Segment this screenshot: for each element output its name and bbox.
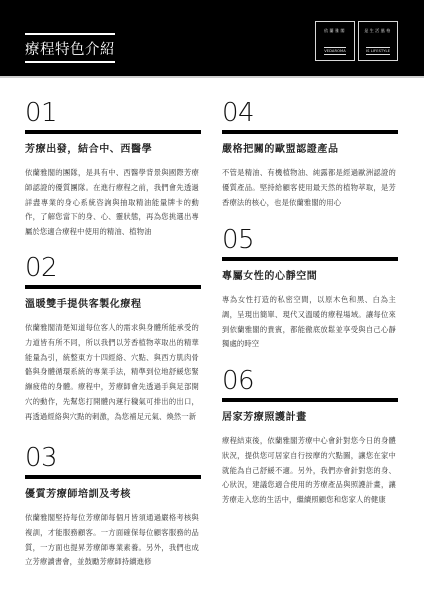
brand-logo-lifestyle: 是生活風格 IS LIFESTYLE (358, 21, 398, 61)
section-divider (25, 285, 201, 289)
section-number: 02 (25, 255, 203, 281)
section-heading: 優質芳療師培訓及考核 (25, 485, 203, 500)
section-divider (222, 257, 398, 261)
section-number: 03 (25, 445, 203, 471)
section-body: 專為女性打造的私密空間，以原木色和黑、白為主調，呈現出簡單、現代又溫暖的療程場域… (222, 293, 396, 352)
section-number: 06 (222, 368, 400, 394)
section-divider (222, 130, 398, 134)
section-number: 01 (25, 100, 203, 126)
section-heading: 嚴格把關的歐盟認證產品 (222, 140, 400, 155)
page-title: 療程特色介紹 (25, 38, 115, 59)
logo-chinese-text: 依蘭雅閣 (324, 28, 346, 34)
logo-english-text: VEDAROMA (324, 47, 346, 55)
section-body: 依蘭雅閣的團隊，是具有中、西醫學背景與國際芳療師認證的優質團隊。在進行療程之前，… (25, 166, 199, 240)
section-body: 不管是精油、有機植物油、純露都是經過歐洲認證的優質產品。堅持給顧客使用最天然的植… (222, 166, 396, 210)
section-divider (25, 475, 201, 479)
section-divider (222, 398, 398, 402)
section-divider (25, 130, 201, 134)
feature-section-01: 01 芳療出發，結合中、西醫學 依蘭雅閣的團隊，是具有中、西醫學背景與國際芳療師… (25, 100, 203, 240)
header-banner: 療程特色介紹 依蘭雅閣 VEDAROMA 是生活風格 IS LIFESTYLE (0, 0, 424, 78)
section-heading: 溫暖雙手提供客製化療程 (25, 295, 203, 310)
page-title-frame: 療程特色介紹 (25, 33, 115, 63)
section-number: 05 (222, 227, 400, 253)
feature-section-03: 03 優質芳療師培訓及考核 依蘭雅閣堅持每位芳療師每個月皆須通過嚴格考核與複訓，… (25, 445, 203, 570)
section-number: 04 (222, 100, 400, 126)
section-heading: 芳療出發，結合中、西醫學 (25, 140, 203, 155)
logo-english-text: IS LIFESTYLE (366, 47, 390, 55)
feature-section-05: 05 專屬女性的心靜空間 專為女性打造的私密空間，以原木色和黑、白為主調，呈現出… (222, 227, 400, 352)
feature-section-02: 02 溫暖雙手提供客製化療程 依蘭雅閣清楚知道每位客人的需求與身體所能承受的力道… (25, 255, 203, 425)
logo-chinese-text: 是生活風格 (364, 28, 392, 34)
section-body: 依蘭雅閣堅持每位芳療師每個月皆須通過嚴格考核與複訓，才能服務顧客。一方面確保每位… (25, 511, 199, 570)
section-body: 療程結束後，依蘭雅閣芳療中心會針對您今日的身體狀況，提供您可居家自行按摩的穴點圖… (222, 434, 396, 508)
section-heading: 專屬女性的心靜空間 (222, 267, 400, 282)
feature-section-06: 06 居家芳療照護計畫 療程結束後，依蘭雅閣芳療中心會針對您今日的身體狀況，提供… (222, 368, 400, 508)
section-body: 依蘭雅閣清楚知道每位客人的需求與身體所能承受的力道皆有所不同，所以我們以芳香植物… (25, 321, 199, 425)
section-heading: 居家芳療照護計畫 (222, 408, 400, 423)
feature-section-04: 04 嚴格把關的歐盟認證產品 不管是精油、有機植物油、純露都是經過歐洲認證的優質… (222, 100, 400, 210)
brand-logo-vedaroma: 依蘭雅閣 VEDAROMA (315, 21, 355, 61)
